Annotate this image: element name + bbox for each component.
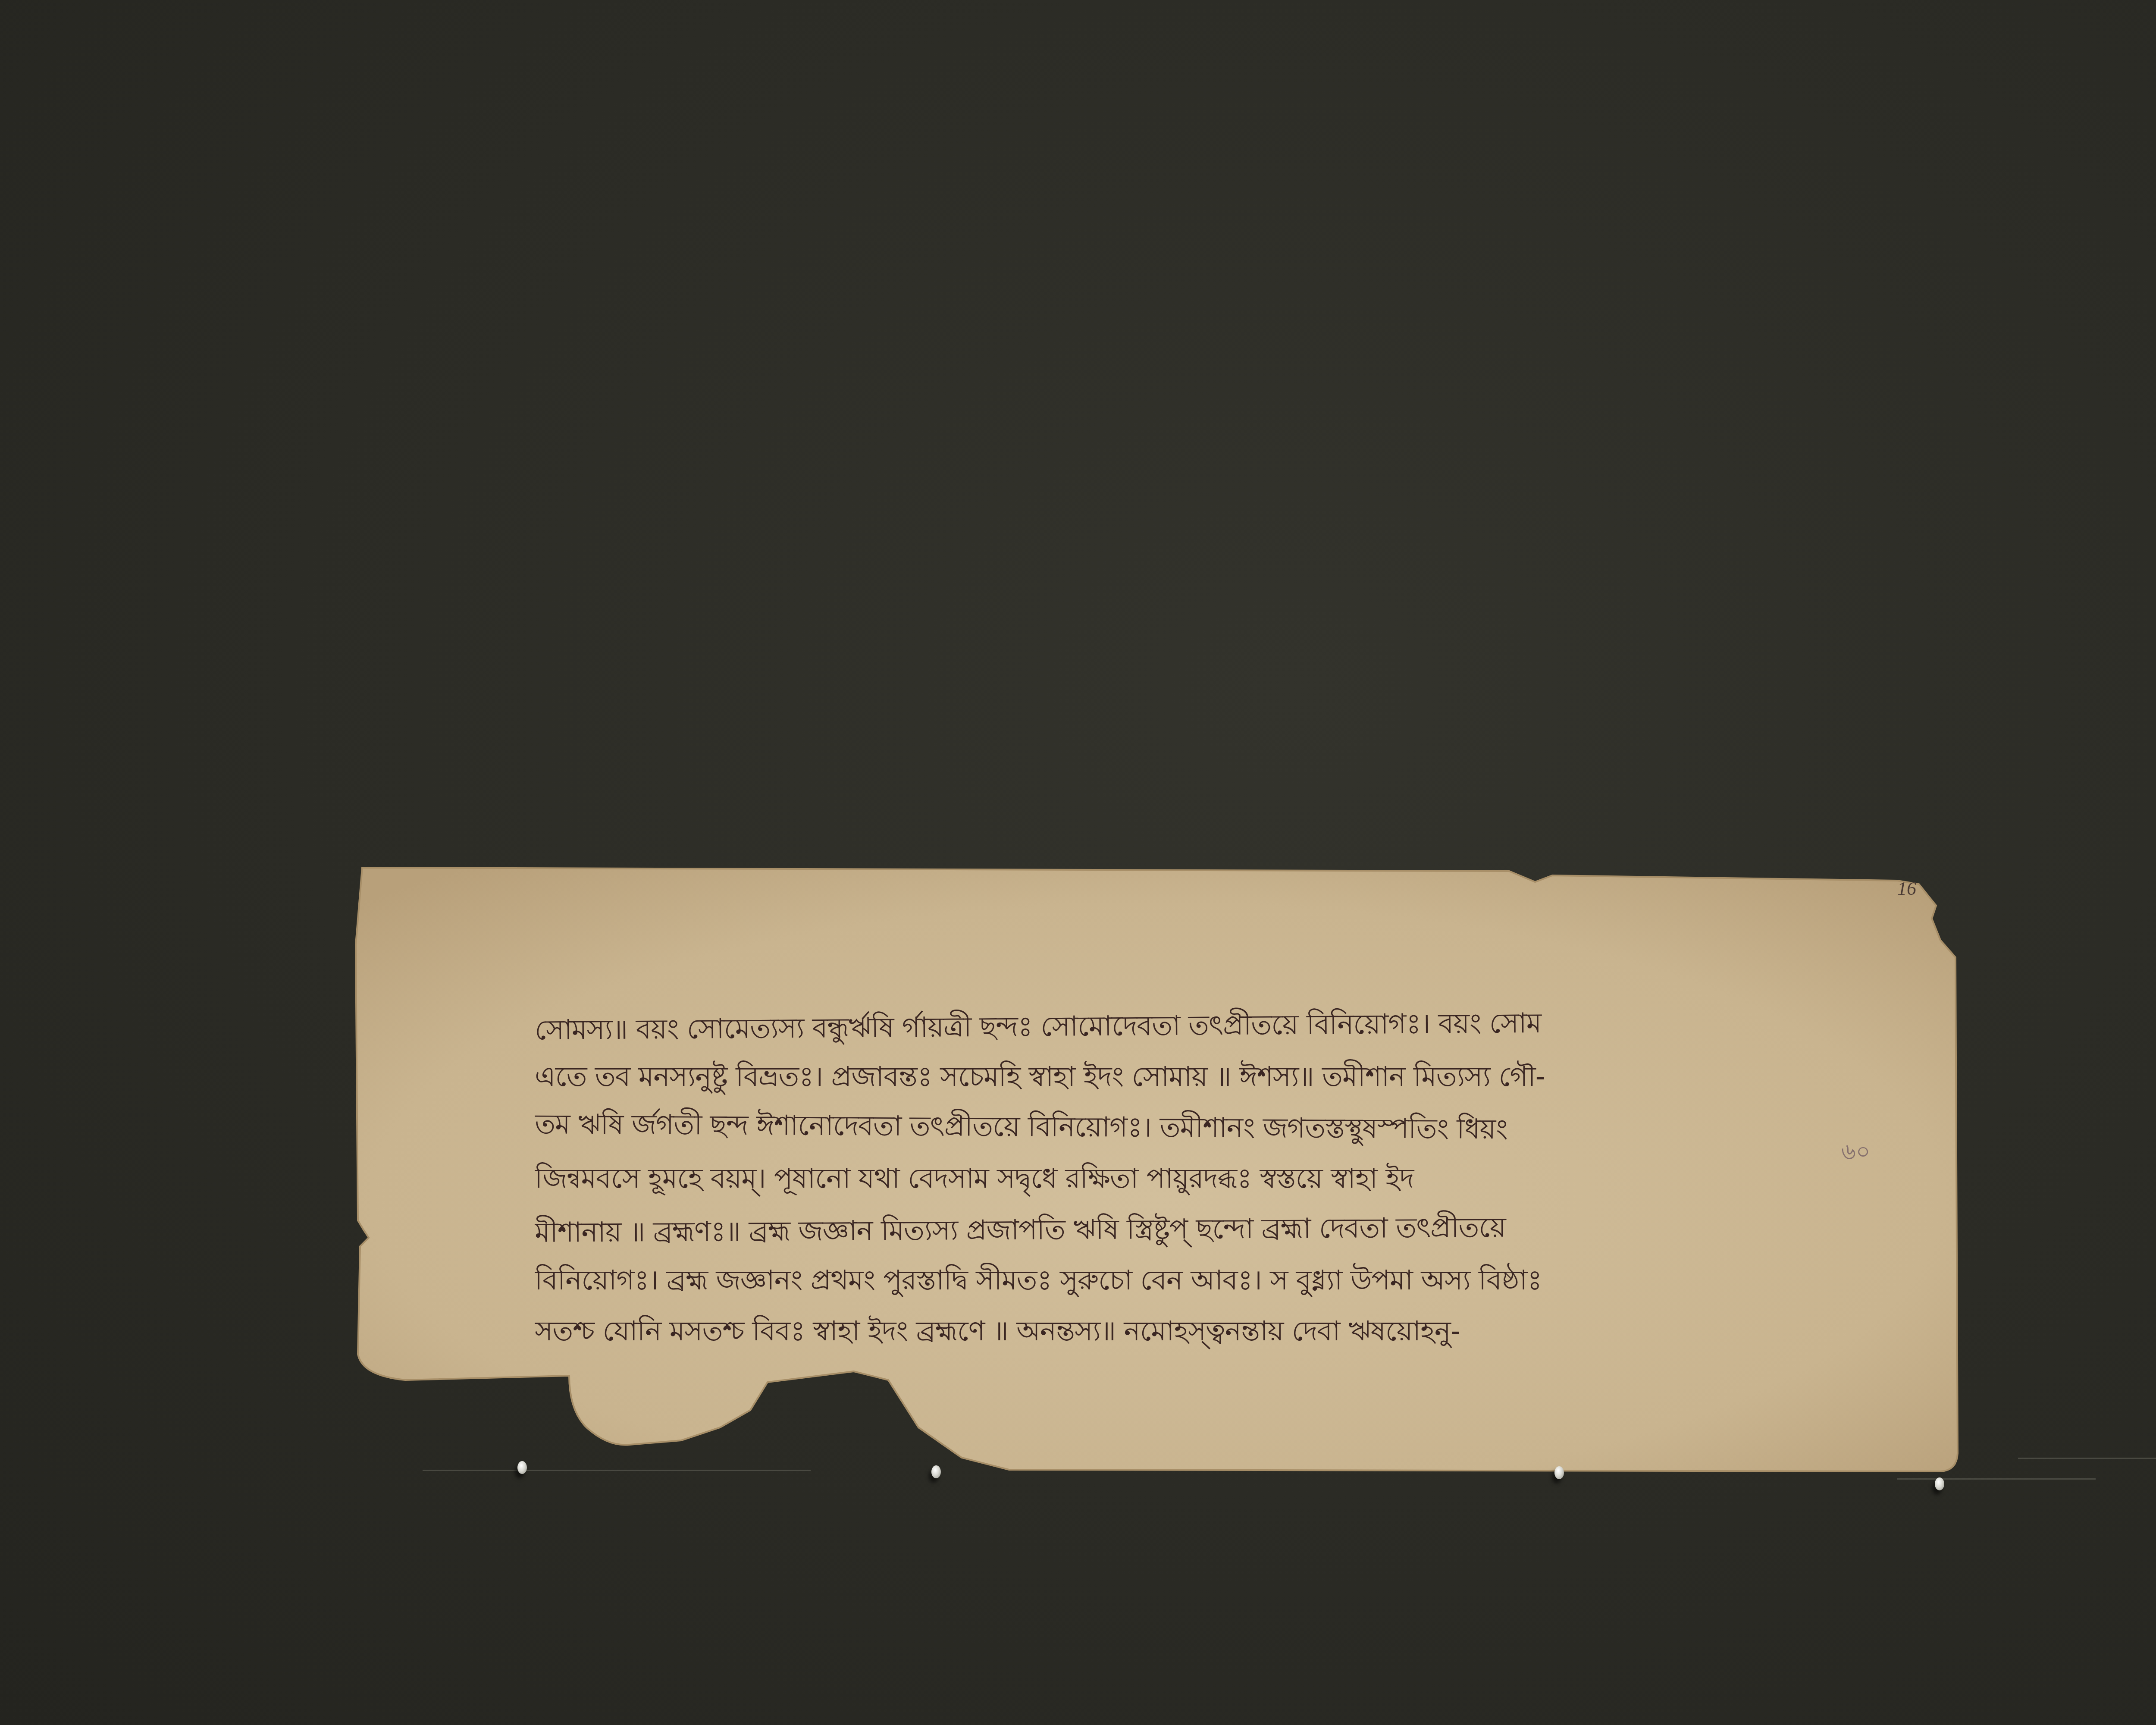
margin-note: ৬০ [1841, 1134, 1871, 1172]
mounting-pin [517, 1461, 527, 1474]
mounting-pin [1935, 1477, 1944, 1490]
manuscript-leaf: 16 ৬০ সোমস্য॥ বয়ং সোমেত্যস্য বন্ধুর্ঋষি… [345, 858, 1966, 1479]
text-line-2: এতে তব মনস্যনুষ্টু বিভ্রতঃ। প্রজাবন্তঃ স… [535, 1051, 1794, 1102]
text-line-3: তম ঋষি র্জগতী ছন্দ ঈশানোদেবতা তৎপ্রীতয়ে… [535, 1099, 1794, 1156]
text-line-5: মীশানায় ॥ ব্রহ্মণঃ॥ ব্রহ্ম জজ্ঞান মিত্য… [535, 1201, 1794, 1258]
mounting-pin [1554, 1466, 1564, 1479]
text-line-1: সোমস্য॥ বয়ং সোমেত্যস্য বন্ধুর্ঋষি র্গায… [535, 996, 1794, 1056]
text-line-4: জিন্বমবসে হূমহে বয়ম্। পূষানো যথা বেদসাম… [535, 1153, 1794, 1204]
chalk-guide-line [2018, 1458, 2156, 1459]
page-number: 16 [1897, 878, 1916, 900]
text-line-6: বিনিয়োগঃ। ব্রহ্ম জজ্ঞানং প্রথমং পুরস্তা… [535, 1255, 1794, 1306]
text-line-7: সতশ্চ যোনি মসতশ্চ বিবঃ স্বাহা ইদং ব্রহ্ম… [535, 1306, 1794, 1357]
manuscript-text: সোমস্য॥ বয়ং সোমেত্যস্য বন্ধুর্ঋষি র্গায… [535, 1000, 1794, 1357]
mounting-pin [931, 1465, 941, 1478]
